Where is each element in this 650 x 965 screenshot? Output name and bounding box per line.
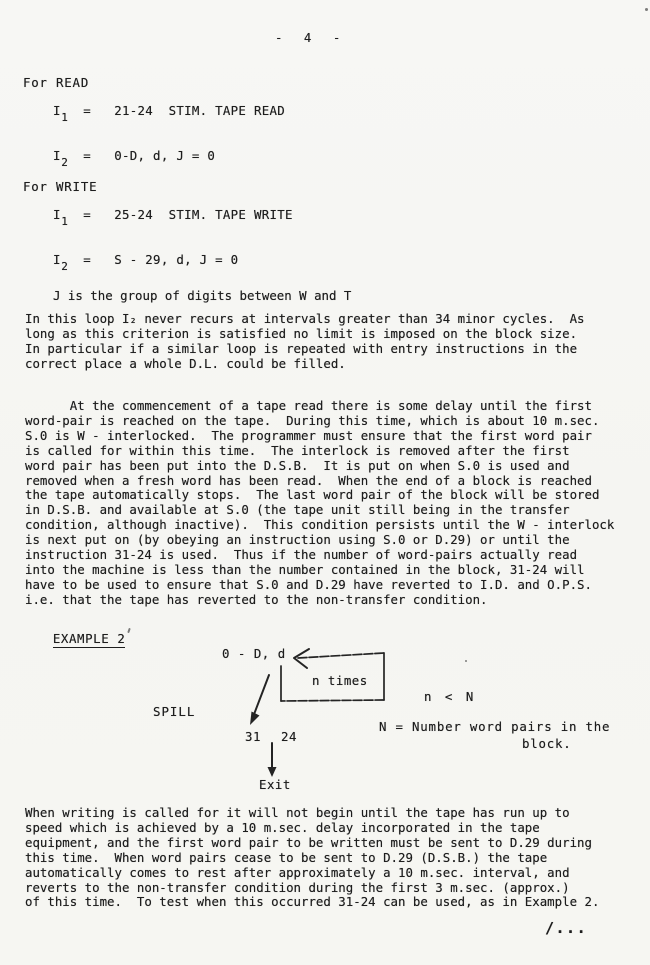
formula-subscript: 1 [61, 215, 68, 228]
paragraph-tape-write: When writing is called for it will not b… [25, 806, 599, 910]
exit-arrowhead-icon [268, 767, 277, 777]
text-line: the tape automatically stops. The last w… [25, 488, 614, 503]
text-line: correct place a whole D.L. could be fill… [25, 357, 585, 372]
diagram-note-line1: N = Number word pairs in the [379, 720, 610, 735]
formula-variable: I [53, 207, 61, 222]
text-line: At the commencement of a tape read there… [25, 399, 614, 414]
text-line: instruction 31-24 is used. Thus if the n… [25, 548, 614, 563]
formula-subscript: 2 [61, 260, 68, 273]
text-line: into the machine is less than the number… [25, 563, 614, 578]
text-line: When writing is called for it will not b… [25, 806, 599, 821]
formula-read-i1: I1 = 21-24 STIM. TAPE READ [53, 104, 285, 120]
text-line: long as this criterion is satisfied no l… [25, 327, 585, 342]
document-page: - 4 - For READ I1 = 21-24 STIM. TAPE REA… [0, 0, 650, 965]
text-line: In particular if a similar loop is repea… [25, 342, 585, 357]
formula-variable: I [53, 252, 61, 267]
diagram-loop-count-label: n times [312, 674, 368, 689]
scan-speck [465, 660, 467, 662]
diagram-branch-24: 24 [281, 730, 297, 745]
formula-subscript: 1 [61, 111, 68, 124]
loop-bottom-line [281, 700, 384, 701]
j-definition-note: J is the group of digits between W and T [53, 289, 351, 304]
paragraph-loop-criterion: In this loop I₂ never recurs at interval… [25, 312, 585, 372]
formula-subscript: 2 [61, 156, 68, 169]
loop-top-line [298, 653, 384, 658]
formula-body: = 21-24 STIM. TAPE READ [68, 103, 285, 118]
diagram-exit-label: Exit [259, 778, 291, 793]
diagram-condition: n < N [424, 690, 476, 705]
diagram-entry-instruction: 0 - D, d [222, 647, 286, 662]
page-number: - 4 - [275, 31, 347, 46]
text-line: removed when a fresh word has been read.… [25, 474, 614, 489]
text-line: is called for within this time. The inte… [25, 444, 614, 459]
text-line: of this time. To test when this occurred… [25, 895, 599, 910]
formula-variable: I [53, 103, 61, 118]
formula-variable: I [53, 148, 61, 163]
text-line: i.e. that the tape has reverted to the n… [25, 593, 614, 608]
scan-speck [645, 8, 648, 11]
text-line: condition, although inactive). This cond… [25, 518, 614, 533]
text-line: reverts to the non-transfer condition du… [25, 881, 599, 896]
text-line: word-pair is reached on the tape. During… [25, 414, 614, 429]
text-line: automatically comes to rest after approx… [25, 866, 599, 881]
text-line: word pair has been put into the D.S.B. I… [25, 459, 614, 474]
text-line: in D.S.B. and available at S.0 (the tape… [25, 503, 614, 518]
example-flow-diagram: 0 - D, d n times SPILL 31 24 Exit n < N … [0, 645, 650, 815]
formula-write-i1: I1 = 25-24 STIM. TAPE WRITE [53, 208, 293, 224]
formula-body: = 25-24 STIM. TAPE WRITE [68, 207, 293, 222]
text-line: is next put on (by obeying an instructio… [25, 533, 614, 548]
diagram-spill-label: SPILL [153, 705, 195, 720]
text-line: this time. When word pairs cease to be s… [25, 851, 599, 866]
section-label-write: For WRITE [23, 180, 97, 195]
scan-speck [127, 628, 131, 633]
formula-read-i2: I2 = 0-D, d, J = 0 [53, 149, 215, 165]
text-line: equipment, and the first word pair to be… [25, 836, 599, 851]
paragraph-tape-read: At the commencement of a tape read there… [25, 399, 614, 608]
continuation-mark: /... [545, 921, 587, 936]
diagram-note-line2: block. [522, 737, 572, 752]
text-line: speed which is achieved by a 10 m.sec. d… [25, 821, 599, 836]
diagram-branch-31: 31 [245, 730, 261, 745]
formula-body: = S - 29, d, J = 0 [68, 252, 239, 267]
formula-write-i2: I2 = S - 29, d, J = 0 [53, 253, 238, 269]
formula-body: = 0-D, d, J = 0 [68, 148, 215, 163]
text-line: In this loop I₂ never recurs at interval… [25, 312, 585, 327]
spill-arrow-line [253, 675, 269, 717]
section-label-read: For READ [23, 76, 89, 91]
spill-arrowhead-icon [250, 712, 260, 726]
text-line: S.0 is W - interlocked. The programmer m… [25, 429, 614, 444]
text-line: have to be used to ensure that S.0 and D… [25, 578, 614, 593]
